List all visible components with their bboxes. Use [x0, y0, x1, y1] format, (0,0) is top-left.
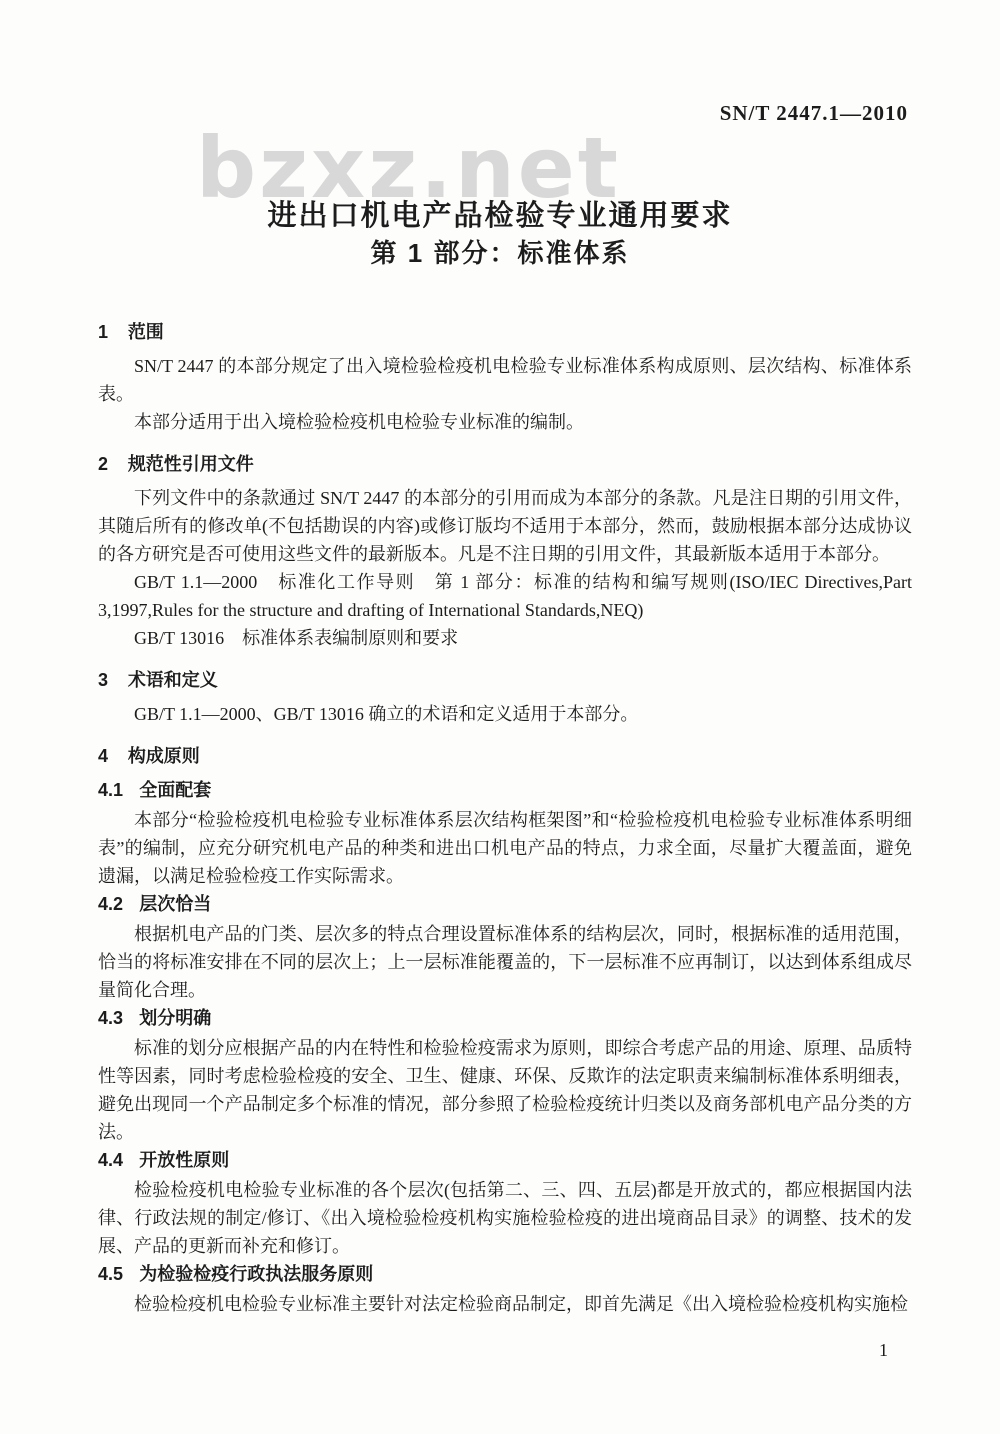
paragraph: GB/T 1.1—2000 标准化工作导则 第 1 部分：标准的结构和编写规则(… — [98, 568, 912, 624]
paragraph: SN/T 2447 的本部分规定了出入境检验检疫机电检验专业标准体系构成原则、层… — [98, 352, 912, 408]
paragraph: 检验检疫机电检验专业标准的各个层次(包括第二、三、四、五层)都是开放式的，都应根… — [98, 1176, 912, 1260]
paragraph: GB/T 1.1—2000、GB/T 13016 确立的术语和定义适用于本部分。 — [98, 700, 912, 728]
section-number: 3 — [98, 666, 108, 694]
paragraph: 根据机电产品的门类、层次多的特点合理设置标准体系的结构层次，同时，根据标准的适用… — [98, 920, 912, 1004]
paragraph: GB/T 13016 标准体系表编制原则和要求 — [98, 624, 912, 652]
subsection-title: 为检验检疫行政执法服务原则 — [139, 1264, 373, 1284]
paragraph: 本部分适用于出入境检验检疫机电检验专业标准的编制。 — [98, 408, 912, 436]
document-page: SN/T 2447.1—2010 bzxz.net 进出口机电产品检验专业通用要… — [0, 0, 1000, 1434]
subsection-title: 层次恰当 — [139, 894, 211, 914]
section-number: 4 — [98, 742, 108, 770]
subsection-title: 全面配套 — [139, 780, 211, 800]
section-title: 规范性引用文件 — [128, 454, 254, 474]
section-heading: 3术语和定义 — [98, 666, 912, 694]
subsection-heading: 4.2层次恰当 — [98, 890, 912, 918]
section-heading: 2规范性引用文件 — [98, 450, 912, 478]
page-number: 1 — [879, 1340, 888, 1361]
section-heading: 4构成原则 — [98, 742, 912, 770]
subsection-number: 4.5 — [98, 1260, 123, 1288]
section-title: 范围 — [128, 322, 164, 342]
subsection-number: 4.2 — [98, 890, 123, 918]
paragraph: 标准的划分应根据产品的内在特性和检验检疫需求为原则，即综合考虑产品的用途、原理、… — [98, 1034, 912, 1146]
paragraph: 下列文件中的条款通过 SN/T 2447 的本部分的引用而成为本部分的条款。凡是… — [98, 484, 912, 568]
subsection-number: 4.3 — [98, 1004, 123, 1032]
paragraph: 本部分“检验检疫机电检验专业标准体系层次结构框架图”和“检验检疫机电检验专业标准… — [98, 806, 912, 890]
subsection-heading: 4.4开放性原则 — [98, 1146, 912, 1174]
document-title-line2: 第 1 部分：标准体系 — [0, 233, 1000, 270]
subsection-heading: 4.5为检验检疫行政执法服务原则 — [98, 1260, 912, 1288]
subsection-title: 开放性原则 — [139, 1150, 229, 1170]
paragraph: 检验检疫机电检验专业标准主要针对法定检验商品制定，即首先满足《出入境检验检疫机构… — [98, 1290, 912, 1318]
subsection-number: 4.4 — [98, 1146, 123, 1174]
subsection-heading: 4.3划分明确 — [98, 1004, 912, 1032]
section-title: 术语和定义 — [128, 670, 218, 690]
content: 1范围 SN/T 2447 的本部分规定了出入境检验检疫机电检验专业标准体系构成… — [98, 318, 912, 1318]
subsection-title: 划分明确 — [139, 1008, 211, 1028]
section-heading: 1范围 — [98, 318, 912, 346]
section-title: 构成原则 — [128, 746, 200, 766]
section-number: 1 — [98, 318, 108, 346]
subsection-heading: 4.1全面配套 — [98, 776, 912, 804]
section-number: 2 — [98, 450, 108, 478]
document-title-line1: 进出口机电产品检验专业通用要求 — [0, 193, 1000, 234]
standard-number: SN/T 2447.1—2010 — [720, 101, 908, 126]
subsection-number: 4.1 — [98, 776, 123, 804]
